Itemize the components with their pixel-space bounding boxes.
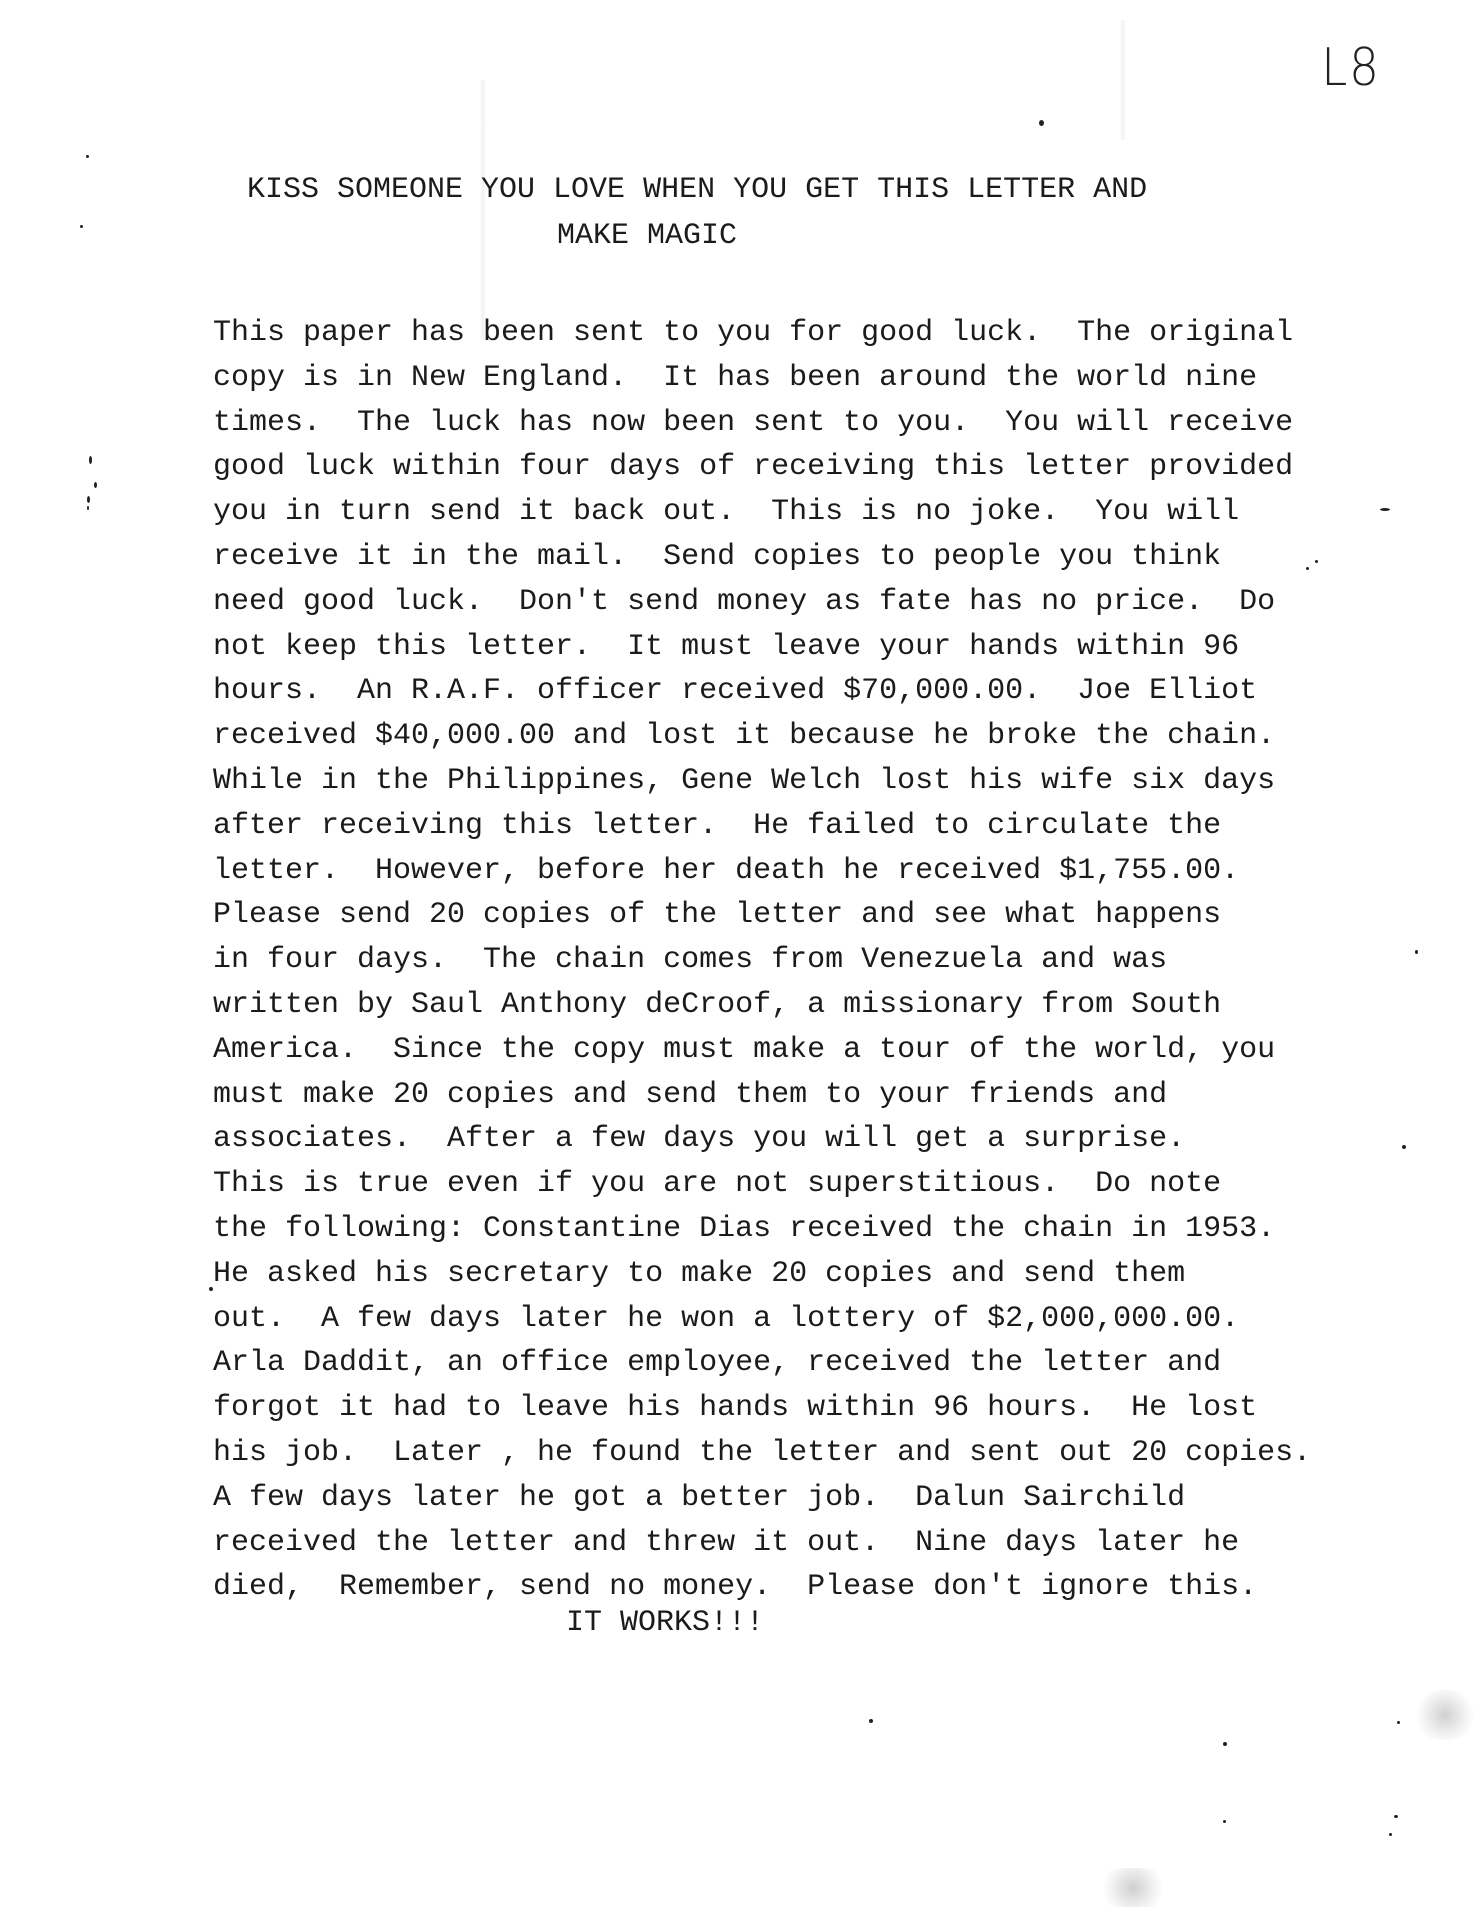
scan-speck	[1315, 560, 1318, 563]
letter-body-line: copy is in New England. It has been arou…	[213, 356, 1311, 401]
letter-body-line: must make 20 copies and send them to you…	[213, 1073, 1311, 1118]
scan-smudge	[1415, 1690, 1475, 1740]
letter-body-line: the following: Constantine Dias received…	[213, 1207, 1311, 1252]
letter-body-line: need good luck. Don't send money as fate…	[213, 580, 1311, 625]
scan-speck	[87, 496, 90, 503]
scan-speck	[89, 456, 92, 464]
letter-body-line: out. A few days later he won a lottery o…	[213, 1297, 1311, 1342]
scan-speck	[1402, 1145, 1406, 1149]
letter-body-line: after receiving this letter. He failed t…	[213, 804, 1311, 849]
letter-body-line: in four days. The chain comes from Venez…	[213, 938, 1311, 983]
scan-speck	[94, 482, 97, 488]
letter-body-line: Arla Daddit, an office employee, receive…	[213, 1341, 1311, 1386]
letter-body-line: written by Saul Anthony deCroof, a missi…	[213, 983, 1311, 1028]
scan-speck	[1223, 1742, 1227, 1746]
scan-speck	[1394, 1815, 1398, 1818]
scan-speck	[86, 155, 89, 158]
scan-speck	[80, 225, 83, 228]
scan-speck	[869, 1719, 873, 1723]
letter-body-line: associates. After a few days you will ge…	[213, 1117, 1311, 1162]
scan-fold-line	[480, 80, 486, 340]
scan-smudge	[1098, 1868, 1168, 1907]
letter-body-line: receive it in the mail. Send copies to p…	[213, 535, 1311, 580]
letter-body-line: not keep this letter. It must leave your…	[213, 625, 1311, 670]
letter-body-line: times. The luck has now been sent to you…	[213, 401, 1311, 446]
scanned-letter-page: L8 KISS SOMEONE YOU LOVE WHEN YOU GET TH…	[0, 0, 1475, 1907]
letter-body-line: This is true even if you are not superst…	[213, 1162, 1311, 1207]
letter-body-line: forgot it had to leave his hands within …	[213, 1386, 1311, 1431]
letter-heading-line-1: KISS SOMEONE YOU LOVE WHEN YOU GET THIS …	[247, 175, 1147, 205]
scan-speck	[1380, 508, 1390, 511]
scan-speck	[1223, 1820, 1226, 1823]
scan-speck	[1039, 120, 1044, 126]
letter-body-line: While in the Philippines, Gene Welch los…	[213, 759, 1311, 804]
scan-speck	[1415, 950, 1418, 954]
letter-body-line: his job. Later , he found the letter and…	[213, 1431, 1311, 1476]
letter-body-line: hours. An R.A.F. officer received $70,00…	[213, 669, 1311, 714]
letter-body-line: you in turn send it back out. This is no…	[213, 490, 1311, 535]
letter-body-line: America. Since the copy must make a tour…	[213, 1028, 1311, 1073]
letter-body-line: This paper has been sent to you for good…	[213, 311, 1311, 356]
letter-body: This paper has been sent to you for good…	[213, 311, 1311, 1610]
letter-body-line: received $40,000.00 and lost it because …	[213, 714, 1311, 759]
handwritten-page-id: L8	[1321, 38, 1380, 98]
scan-speck	[1397, 1721, 1400, 1724]
letter-body-line: A few days later he got a better job. Da…	[213, 1476, 1311, 1521]
letter-body-line: died, Remember, send no money. Please do…	[213, 1565, 1311, 1610]
scan-speck	[87, 506, 89, 510]
letter-closing: IT WORKS!!!	[566, 1608, 764, 1638]
letter-body-line: He asked his secretary to make 20 copies…	[213, 1252, 1311, 1297]
letter-heading-line-2: MAKE MAGIC	[557, 221, 737, 251]
scan-fold-line	[1120, 20, 1126, 140]
scan-speck	[1389, 1833, 1392, 1836]
letter-body-line: received the letter and threw it out. Ni…	[213, 1521, 1311, 1566]
letter-body-line: Please send 20 copies of the letter and …	[213, 893, 1311, 938]
letter-body-line: letter. However, before her death he rec…	[213, 849, 1311, 894]
letter-body-line: good luck within four days of receiving …	[213, 445, 1311, 490]
